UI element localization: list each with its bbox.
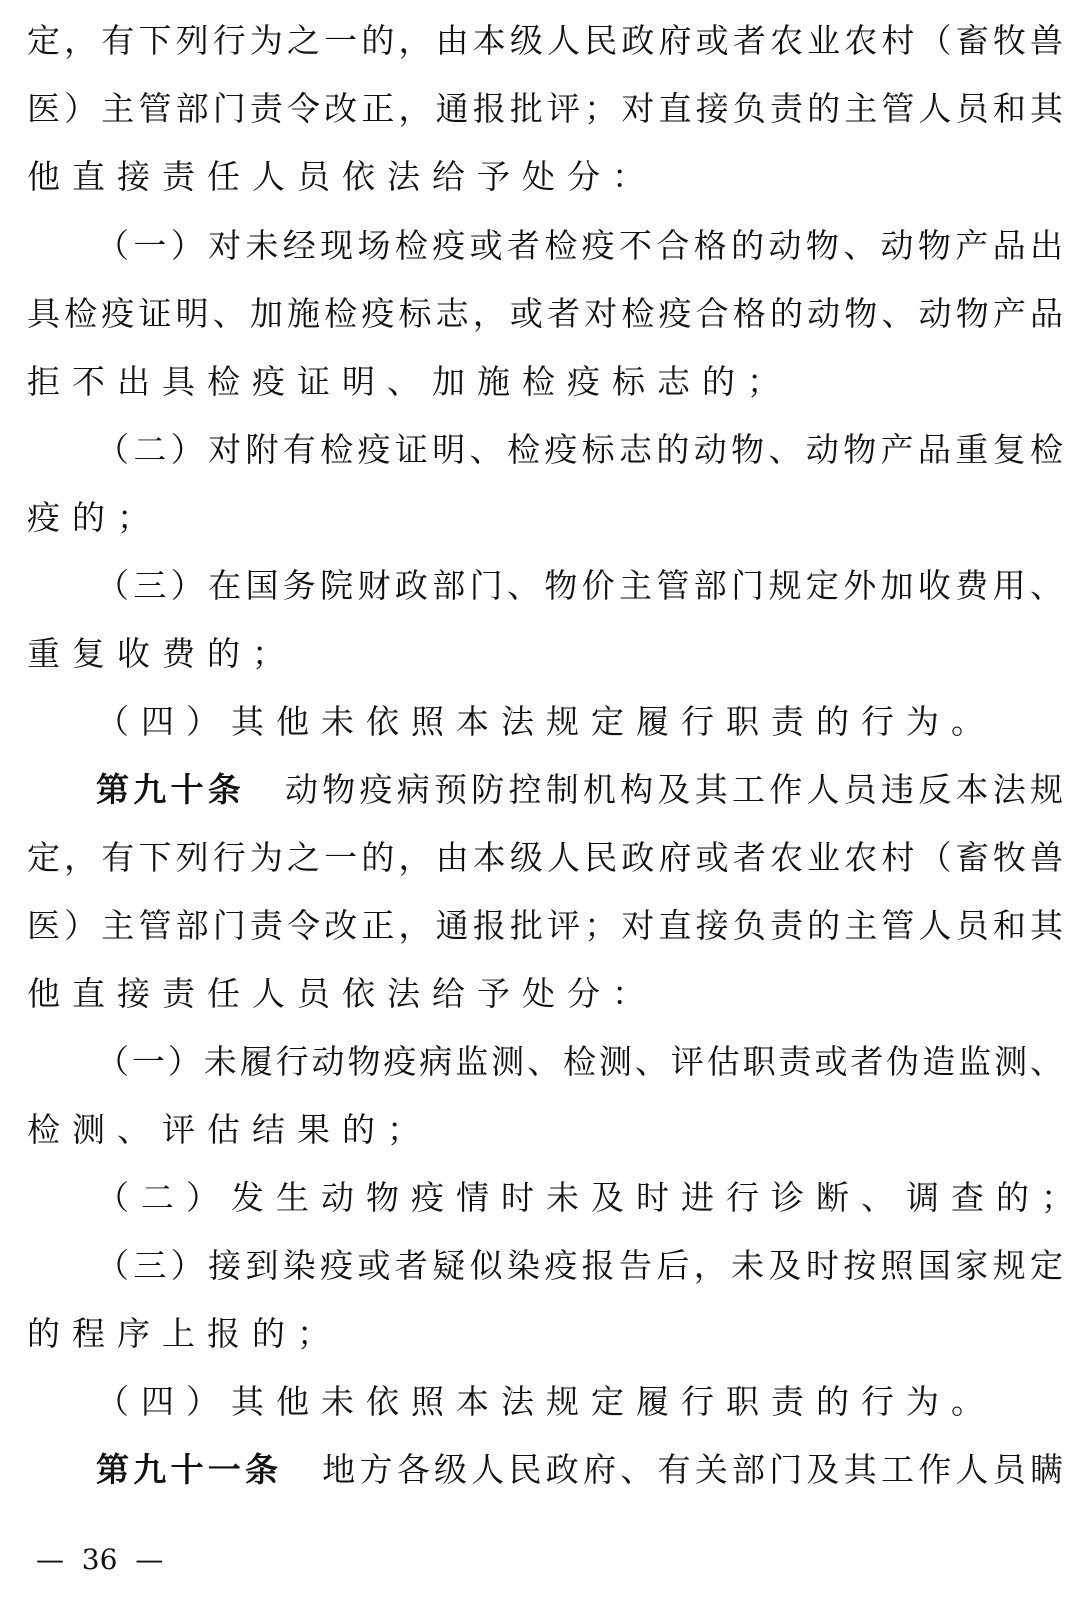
article-text: 地方各级人民政府、有关部门及其工作人员瞒	[322, 1450, 1063, 1489]
list-item-line: （一）未履行动物疫病监测、检测、评估职责或者伪造监测、	[96, 1038, 1063, 1086]
list-item-line: （四）其他未依照本法规定履行职责的行为。	[96, 1378, 1063, 1426]
text-line: 定，有下列行为之一的，由本级人民政府或者农业农村（畜牧兽	[27, 17, 1063, 65]
text-line: 具检疫证明、加施检疫标志，或者对检疫合格的动物、动物产品	[27, 290, 1063, 338]
page-number: — 36 —	[36, 1540, 163, 1580]
text-line: 他直接责任人员依法给予处分：	[27, 970, 1063, 1018]
list-item-line: （四）其他未依照本法规定履行职责的行为。	[96, 698, 1063, 746]
text-line: 的程序上报的；	[27, 1310, 1063, 1358]
list-item-line: （三）在国务院财政部门、物价主管部门规定外加收费用、	[96, 562, 1063, 610]
text-line: 拒不出具检疫证明、加施检疫标志的；	[27, 358, 1063, 406]
list-item-line: （三）接到染疫或者疑似染疫报告后，未及时按照国家规定	[96, 1242, 1063, 1290]
text-line: 检测、评估结果的；	[27, 1106, 1063, 1154]
text-line: 他直接责任人员依法给予处分：	[27, 153, 1063, 201]
article-line: 第九十一条地方各级人民政府、有关部门及其工作人员瞒	[96, 1446, 1063, 1494]
list-item-line: （二）发生动物疫情时未及时进行诊断、调查的；	[96, 1174, 1063, 1222]
document-page: 定，有下列行为之一的，由本级人民政府或者农业农村（畜牧兽 医）主管部门责令改正，…	[0, 0, 1080, 1597]
text-line: 医）主管部门责令改正，通报批评；对直接负责的主管人员和其	[27, 85, 1063, 133]
text-line: 定，有下列行为之一的，由本级人民政府或者农业农村（畜牧兽	[27, 834, 1063, 882]
text-line: 医）主管部门责令改正，通报批评；对直接负责的主管人员和其	[27, 902, 1063, 950]
article-number: 第九十一条	[96, 1450, 282, 1489]
text-line: 疫的；	[27, 494, 1063, 542]
article-number: 第九十条	[96, 770, 245, 809]
text-line: 重复收费的；	[27, 630, 1063, 678]
article-line: 第九十条动物疫病预防控制机构及其工作人员违反本法规	[96, 766, 1063, 814]
article-text: 动物疫病预防控制机构及其工作人员违反本法规	[285, 770, 1063, 809]
list-item-line: （一）对未经现场检疫或者检疫不合格的动物、动物产品出	[96, 222, 1063, 270]
list-item-line: （二）对附有检疫证明、检疫标志的动物、动物产品重复检	[96, 426, 1063, 474]
